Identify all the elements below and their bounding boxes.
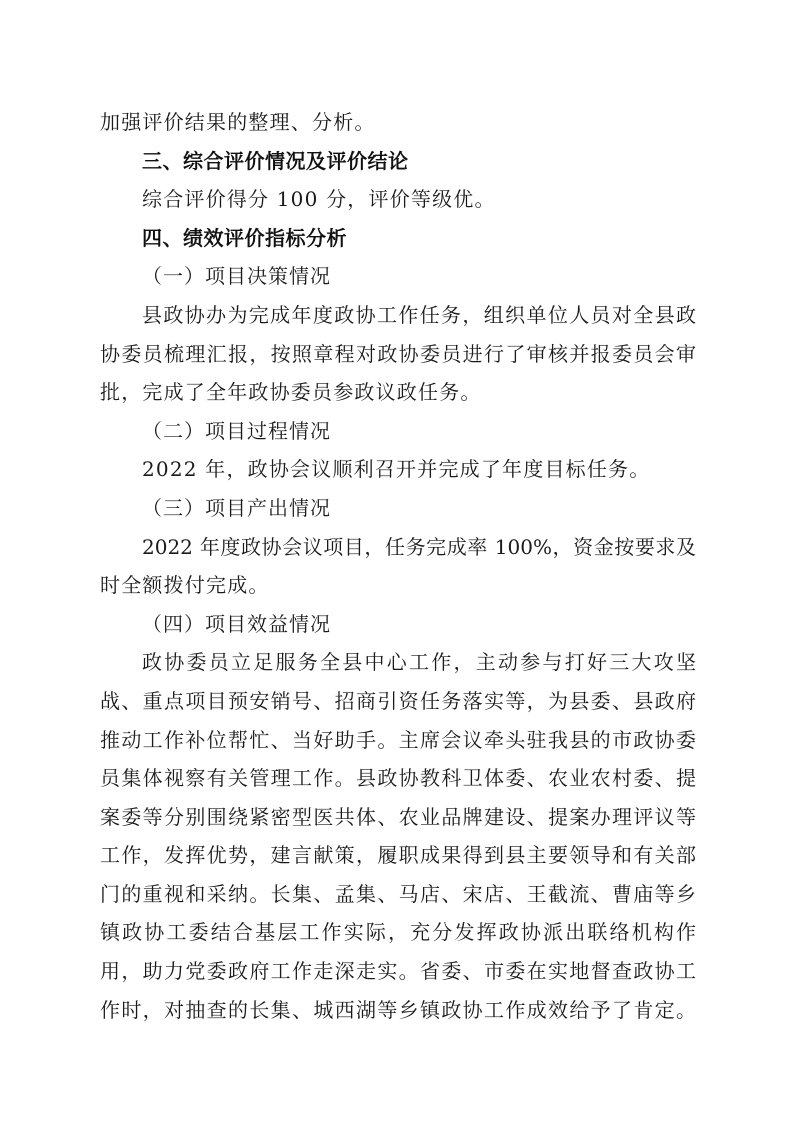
paragraph-line: 时全额拨付完成。 [100,566,696,605]
paragraph-line: 作时，对抽查的长集、城西湖等乡镇政协工作成效给予了肯定。 [100,991,696,1030]
paragraph-line: 综合评价得分 100 分，评价等级优。 [100,180,696,219]
paragraph-line: 2022 年，政协会议顺利召开并完成了年度目标任务。 [100,450,696,489]
paragraph-line: 工作，发挥优势，建言献策，履职成果得到县主要领导和有关部 [100,836,696,875]
paragraph-line: 2022 年度政协会议项目，任务完成率 100%，资金按要求及 [100,528,696,567]
section-heading-4: 四、绩效评价指标分析 [100,219,696,258]
paragraph-line: 用，助力党委政府工作走深走实。省委、市委在实地督查政协工 [100,952,696,991]
paragraph-line: 批，完成了全年政协委员参政议政任务。 [100,373,696,412]
subsection-heading-2: （二）项目过程情况 [100,412,696,451]
paragraph-line: 门的重视和采纳。长集、孟集、马店、宋店、王截流、曹庙等乡 [100,875,696,914]
subsection-heading-4: （四）项目效益情况 [100,605,696,644]
paragraph-line: 员集体视察有关管理工作。县政协教科卫体委、农业农村委、提 [100,759,696,798]
paragraph-line: 镇政协工委结合基层工作实际，充分发挥政协派出联络机构作 [100,913,696,952]
subsection-heading-3: （三）项目产出情况 [100,489,696,528]
paragraph-line: 县政协办为完成年度政协工作任务，组织单位人员对全县政 [100,296,696,335]
section-heading-3: 三、综合评价情况及评价结论 [100,142,696,181]
paragraph-line: 政协委员立足服务全县中心工作，主动参与打好三大攻坚 [100,643,696,682]
paragraph-line: 推动工作补位帮忙、当好助手。主席会议牵头驻我县的市政协委 [100,721,696,760]
document-page: 加强评价结果的整理、分析。 三、综合评价情况及评价结论 综合评价得分 100 分… [0,0,793,1122]
subsection-heading-1: （一）项目决策情况 [100,257,696,296]
paragraph-line: 案委等分别围绕紧密型医共体、农业品牌建设、提案办理评议等 [100,798,696,837]
document-body: 加强评价结果的整理、分析。 三、综合评价情况及评价结论 综合评价得分 100 分… [100,103,696,1029]
paragraph-line: 加强评价结果的整理、分析。 [100,103,696,142]
paragraph-line: 协委员梳理汇报，按照章程对政协委员进行了审核并报委员会审 [100,335,696,374]
paragraph-line: 战、重点项目预安销号、招商引资任务落实等，为县委、县政府 [100,682,696,721]
